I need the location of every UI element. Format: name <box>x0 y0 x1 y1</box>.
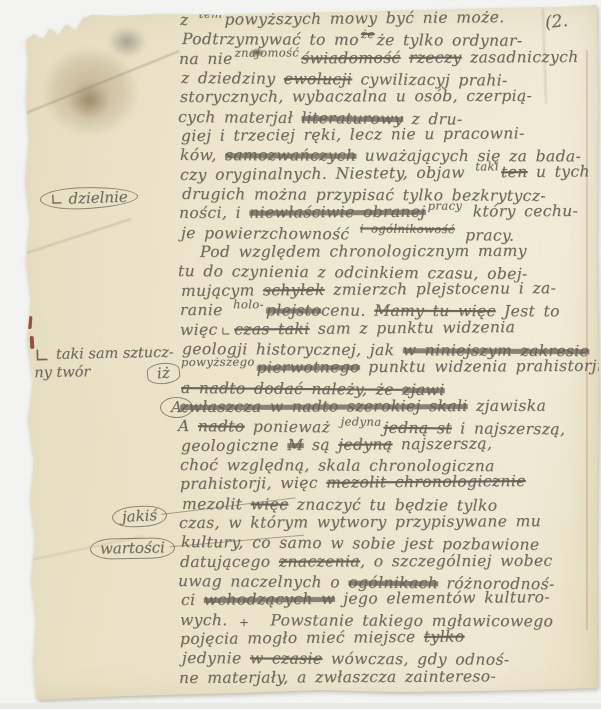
text-segment: ewolucji <box>284 70 352 89</box>
scan-canvas: (2. z tempowyższych mowy być nie może.Po… <box>0 0 601 709</box>
text-segment: geologiczne <box>181 436 287 455</box>
text-segment <box>401 48 409 66</box>
insertion-mark: ∟ <box>34 347 50 365</box>
text-segment: znaczyć tu będzie tylko <box>288 495 497 514</box>
scanner-edge <box>0 703 601 709</box>
text-segment: wówczas, gdy odnoś- <box>322 650 509 669</box>
text-segment: na nie <box>179 49 233 67</box>
manuscript-line: giej i trzeciej ręki, lecz nie u pracown… <box>181 124 596 147</box>
text-segment: pracy <box>428 199 463 213</box>
margin-note-wartosci: wartości <box>90 537 175 559</box>
text-segment: świadomość <box>301 49 400 68</box>
manuscript-line: czy oryginalnych. Niestety, objaw takite… <box>180 162 595 185</box>
insertion-mark: + <box>239 615 250 629</box>
text-segment: , o szczególniej wobec <box>360 551 553 570</box>
text-segment: nadto <box>198 417 245 435</box>
text-segment: znaczenia <box>279 552 360 570</box>
text-segment: zwłaszcza w nadto szerokiej skali <box>180 397 468 416</box>
text-block: z tempowyższych mowy być nie może.Podtrz… <box>180 11 595 688</box>
text-segment: taki <box>475 159 499 173</box>
text-segment: jedyna <box>341 415 382 429</box>
manuscript-line: ne materjały, a zwłaszcza zaintereso- <box>179 667 594 689</box>
margin-note-text: dzielnie <box>68 188 128 208</box>
manuscript-line: pojęcia mogło mieć miejsce tylko <box>180 626 595 649</box>
text-segment: ności, i <box>179 204 249 222</box>
text-segment: pojęcia mogło mieć miejsce <box>180 628 424 648</box>
text-segment: M <box>287 436 303 454</box>
text-segment: holo- <box>233 297 264 311</box>
text-segment: mezolit chronologicznie <box>326 472 526 492</box>
text-segment: zjawi <box>402 380 445 398</box>
manuscript-line: Pod względem chronologicznym mamy <box>180 242 595 263</box>
manuscript-line: na nieznajomośćświadomość rzeczy zasadni… <box>179 48 594 70</box>
manuscript-line: z tempowyższych mowy być nie może. <box>180 7 595 30</box>
manuscript-line: geologiczne M są jedyną najszerszą, <box>181 433 596 456</box>
text-segment: punktu widzenia prahistorji, a <box>360 357 601 376</box>
text-segment: jedynie <box>182 649 250 667</box>
paper-wrapper: (2. z tempowyższych mowy być nie może.Po… <box>0 0 601 709</box>
text-segment: cenu. <box>321 302 374 320</box>
text-segment: jego elementów kulturo- <box>335 588 550 608</box>
text-segment: znajomość <box>235 45 300 59</box>
manuscript-line: ci wchodzących w jego elementów kulturo- <box>181 588 596 611</box>
text-segment: je powierzchowność <box>181 224 358 243</box>
text-segment: niewłaściwie obranej <box>249 203 426 222</box>
manuscript-line: ności, i niewłaściwie obranejpracy który… <box>179 202 594 224</box>
manuscript-page: (2. z tempowyższych mowy być nie może.Po… <box>0 0 601 709</box>
manuscript-line: powyższegopierwotnego punktu widzenia pr… <box>179 357 594 379</box>
text-segment: i ogólnikowość <box>360 221 455 236</box>
text-segment: u tych <box>528 162 590 181</box>
manuscript-line: prahistorji, więc mezolit chronologiczni… <box>180 472 595 495</box>
text-segment: powyższego <box>181 355 255 369</box>
text-segment: czy oryginalnych. Niestety, objaw <box>180 163 473 184</box>
text-segment: samozwańczych <box>225 147 356 165</box>
text-segment: a nadto dodać należy, że <box>181 379 402 399</box>
text-segment: że <box>361 27 375 41</box>
text-segment: A <box>178 417 198 435</box>
text-segment: z dziedziny <box>181 69 284 88</box>
text-segment: prahistorji, więc <box>180 474 326 493</box>
text-segment: który cechu- <box>464 202 578 221</box>
text-segment: rzeczy <box>409 48 462 66</box>
text-segment: ponieważ <box>245 418 339 437</box>
text-segment: najszerszą, <box>392 434 492 453</box>
margin-note-iz: iż <box>146 362 180 386</box>
text-segment: Pod względem chronologicznym mamy <box>200 242 527 261</box>
graphite-smudge <box>101 21 153 63</box>
text-segment: cych materjał <box>178 108 302 127</box>
margin-note-a: A <box>160 397 193 418</box>
text-segment: wych. <box>180 611 236 629</box>
text-segment: wchodzących w <box>204 590 335 609</box>
manuscript-line: datującego znaczenia, o szczególniej wob… <box>180 551 595 572</box>
text-segment: ci <box>181 591 204 609</box>
text-segment: ten <box>501 163 528 181</box>
text-segment: są <box>304 435 339 453</box>
text-segment: giej i trzeciej ręki, lecz nie u pracown… <box>181 124 525 145</box>
red-edge-mark <box>28 316 33 329</box>
manuscript-line: zwłaszcza w nadto szerokiej skali zjawis… <box>180 396 595 417</box>
text-segment: ranie <box>180 301 231 319</box>
text-segment: tylko <box>424 628 465 646</box>
text-segment: czas taki <box>234 319 310 338</box>
margin-note-jakis: jakiś <box>111 505 167 529</box>
text-segment: ne materjały, a zwłaszcza zaintereso- <box>179 667 496 687</box>
text-segment: schyłek <box>263 281 325 299</box>
text-segment: ków, <box>180 146 225 164</box>
text-segment: zasadniczych <box>462 48 579 67</box>
insertion-mark: ∟ <box>221 324 232 338</box>
manuscript-line: storycznych, wybaczalna u osób, czerpią- <box>180 87 595 108</box>
text-segment: że tylko ordynar- <box>377 31 523 50</box>
text-segment: jedyną <box>338 435 392 453</box>
text-segment: w czasie <box>250 650 323 668</box>
text-segment: zjawiska <box>468 397 547 415</box>
text-segment: powyższych mowy być nie może. <box>224 8 504 28</box>
text-segment: z <box>180 11 197 29</box>
text-segment: zmierzch plejstocenu i za- <box>325 279 557 299</box>
stain-dark-core <box>60 76 118 126</box>
paper-crease <box>26 218 131 253</box>
insertion-mark: ∟ <box>50 190 64 209</box>
margin-note-dzielnie: ∟dzielnie <box>40 185 138 210</box>
text-segment: więc <box>180 320 218 338</box>
manuscript-line: więc∟czas taki sam z punktu widzenia <box>180 317 595 340</box>
text-segment: tem <box>199 7 223 21</box>
text-segment: sam z punktu widzenia <box>309 318 515 338</box>
text-segment: uwag naczelnych o <box>178 572 348 591</box>
text-segment: storycznych, wybaczalna u osób, czerpią- <box>180 87 532 106</box>
text-segment: pierwotnego <box>257 358 360 377</box>
text-segment: plejsto <box>266 301 321 319</box>
